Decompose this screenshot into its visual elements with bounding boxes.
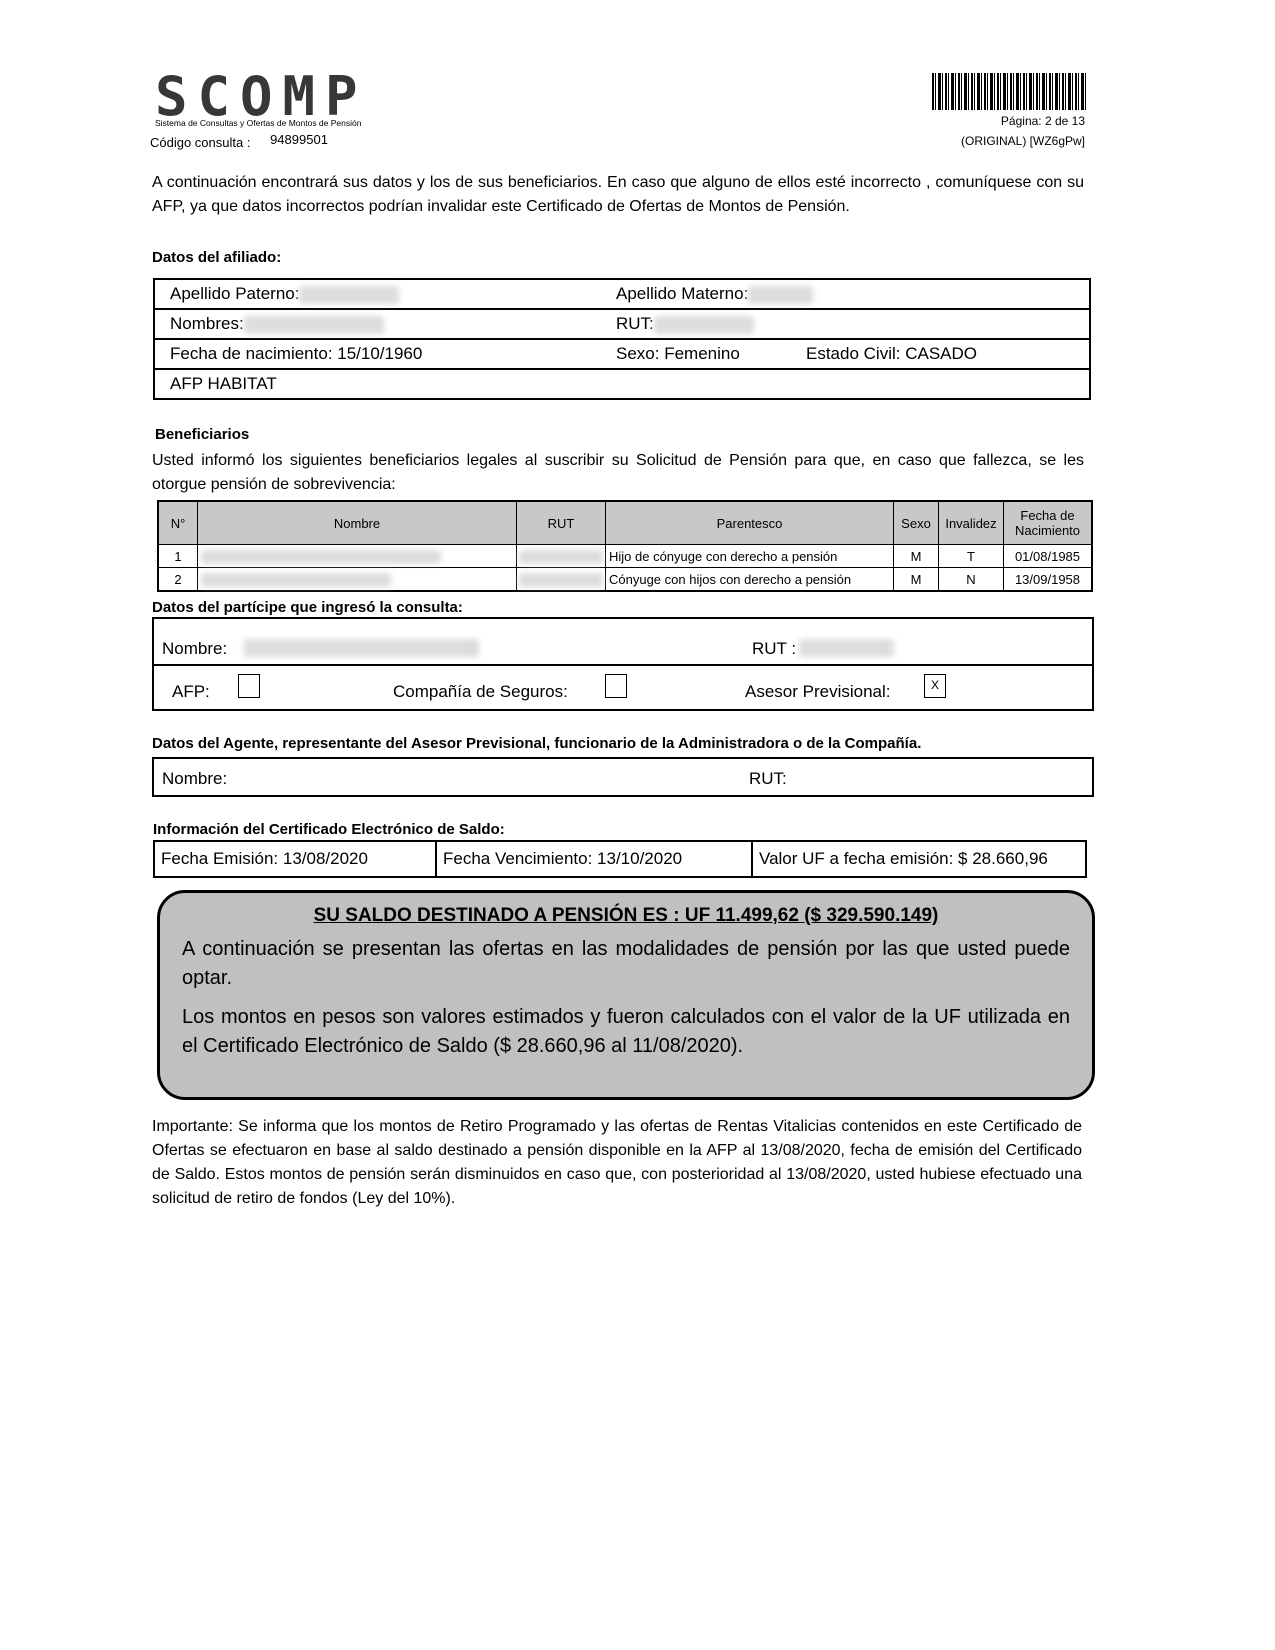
afp-name: AFP HABITAT [154, 369, 1090, 399]
col-nombre: Nombre [198, 501, 517, 545]
redacted-value [799, 639, 894, 657]
row-fecha: 13/09/1958 [1004, 568, 1093, 592]
apellido-materno-label: Apellido Materno: [616, 284, 748, 303]
importante-text: Importante: Se informa que los montos de… [152, 1115, 1082, 1211]
fecha-nacimiento: Fecha de nacimiento: 15/10/1960 [154, 339, 601, 369]
row-n: 2 [158, 568, 198, 592]
participe-rut-label: RUT : [752, 639, 796, 659]
col-rut: RUT [517, 501, 606, 545]
row-fecha: 01/08/1985 [1004, 545, 1093, 568]
barcode [932, 73, 1086, 110]
table-row: 1 Hijo de cónyuge con derecho a pensión … [158, 545, 1092, 568]
valor-uf: Valor UF a fecha emisión: $ 28.660,96 [752, 841, 1086, 877]
row-sexo: M [894, 545, 939, 568]
beneficiarios-table: N° Nombre RUT Parentesco Sexo Invalidez … [157, 500, 1093, 592]
saldo-box: SU SALDO DESTINADO A PENSIÓN ES : UF 11.… [157, 890, 1095, 1100]
codigo-consulta: Código consulta : 94899501 [150, 135, 328, 150]
certificado-table: Fecha Emisión: 13/08/2020 Fecha Vencimie… [153, 840, 1087, 878]
row-sexo: M [894, 568, 939, 592]
redacted-rut [517, 545, 606, 568]
intro-text: A continuación encontrará sus datos y lo… [152, 171, 1084, 219]
fecha-emision: Fecha Emisión: 13/08/2020 [154, 841, 436, 877]
compania-checkbox[interactable] [605, 674, 627, 698]
redacted-value [748, 286, 813, 304]
sexo: Sexo: Femenino [601, 339, 791, 369]
redacted-nombre [198, 568, 517, 592]
agente-heading: Datos del Agente, representante del Ases… [152, 735, 921, 752]
table-row: 2 Cónyuge con hijos con derecho a pensió… [158, 568, 1092, 592]
logo-text: SCOMP [155, 70, 385, 124]
agente-nombre-label: Nombre: [162, 769, 227, 789]
apellido-paterno-label: Apellido Paterno: [170, 284, 299, 303]
redacted-rut [517, 568, 606, 592]
row-invalidez: N [939, 568, 1004, 592]
participe-nombre-label: Nombre: [162, 639, 227, 659]
redacted-value [654, 316, 754, 334]
agente-rut-label: RUT: [749, 769, 787, 789]
redacted-nombre [198, 545, 517, 568]
row-parentesco: Cónyuge con hijos con derecho a pensión [606, 568, 894, 592]
col-parentesco: Parentesco [606, 501, 894, 545]
fecha-vencimiento: Fecha Vencimiento: 13/10/2020 [436, 841, 752, 877]
afp-label: AFP: [172, 682, 210, 702]
row-invalidez: T [939, 545, 1004, 568]
afp-checkbox[interactable] [238, 674, 260, 698]
participe-heading: Datos del partícipe que ingresó la consu… [152, 599, 463, 616]
asesor-label: Asesor Previsional: [745, 682, 891, 702]
col-n: N° [158, 501, 198, 545]
redacted-value [244, 316, 384, 334]
codigo-value: 94899501 [270, 132, 328, 147]
col-invalidez: Invalidez [939, 501, 1004, 545]
participe-box: Nombre: RUT : AFP: Compañía de Seguros: … [152, 617, 1094, 711]
row-n: 1 [158, 545, 198, 568]
certificado-heading: Información del Certificado Electrónico … [153, 821, 505, 838]
nombres-label: Nombres: [170, 314, 244, 333]
afiliado-table: Apellido Paterno: Apellido Materno: Nomb… [153, 278, 1091, 400]
original-code: (ORIGINAL) [WZ6gPw] [961, 134, 1085, 148]
rut-label: RUT: [616, 314, 654, 333]
redacted-value [299, 286, 399, 304]
row-parentesco: Hijo de cónyuge con derecho a pensión [606, 545, 894, 568]
saldo-p2: Los montos en pesos son valores estimado… [182, 1003, 1070, 1061]
beneficiarios-text: Usted informó los siguientes beneficiari… [152, 449, 1084, 497]
redacted-value [244, 639, 479, 657]
estado-civil: Estado Civil: CASADO [791, 339, 1090, 369]
col-fecha: Fecha de Nacimiento [1004, 501, 1093, 545]
saldo-p1: A continuación se presentan las ofertas … [182, 935, 1070, 993]
saldo-title: SU SALDO DESTINADO A PENSIÓN ES : UF 11.… [160, 905, 1092, 927]
codigo-label: Código consulta : [150, 135, 250, 150]
compania-label: Compañía de Seguros: [393, 682, 568, 702]
asesor-checkbox[interactable]: X [924, 674, 946, 698]
logo-subtitle: Sistema de Consultas y Ofertas de Montos… [155, 118, 361, 128]
beneficiarios-heading: Beneficiarios [155, 426, 249, 443]
afiliado-heading: Datos del afiliado: [152, 249, 281, 266]
col-sexo: Sexo [894, 501, 939, 545]
agente-box: Nombre: RUT: [152, 757, 1094, 797]
page-number: Página: 2 de 13 [1001, 114, 1085, 128]
